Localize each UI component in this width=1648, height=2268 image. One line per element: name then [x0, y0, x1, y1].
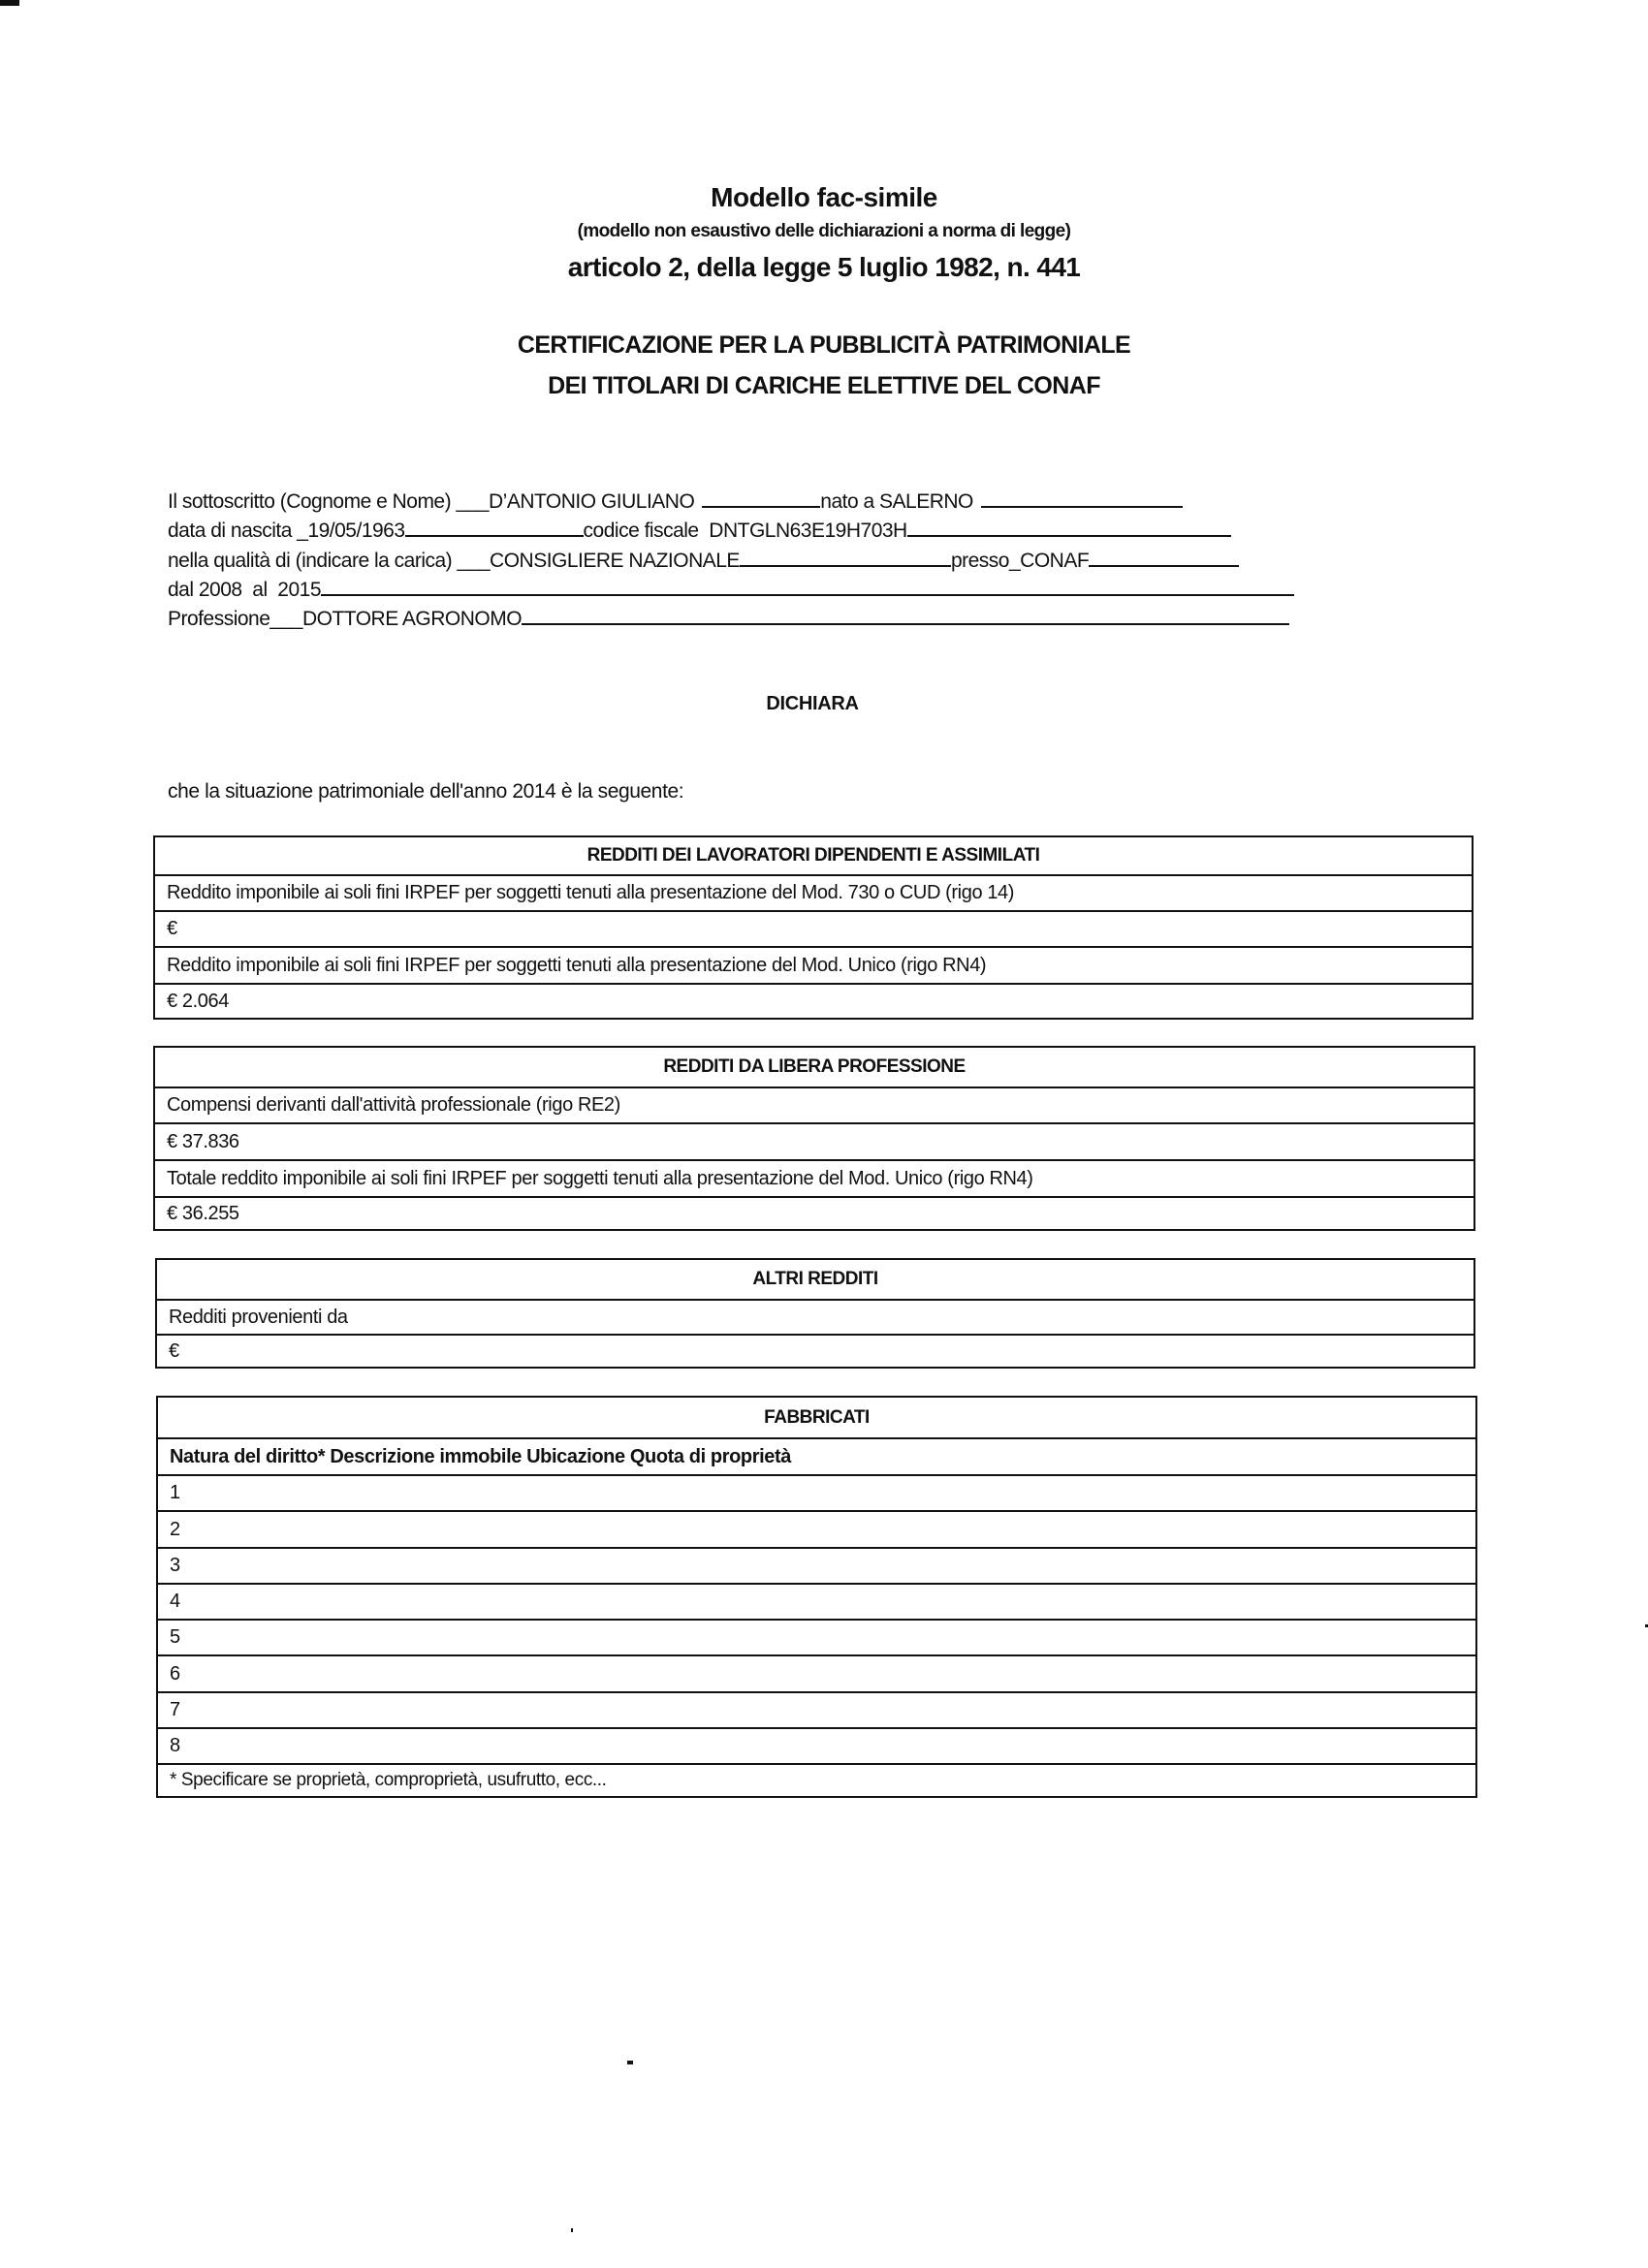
underline	[702, 506, 820, 508]
table-row: 8	[158, 1727, 1475, 1763]
table-row: € 2.064	[155, 983, 1472, 1018]
profession-value: DOTTORE AGRONOMO	[302, 608, 522, 631]
underline	[405, 535, 584, 537]
declarant-profession-line: Professione___ DOTTORE AGRONOMO	[168, 602, 1289, 631]
org-value: CONAF	[1020, 550, 1089, 573]
declaration-heading: DICHIARA	[0, 693, 1625, 715]
period-from-label: dal	[168, 579, 194, 602]
other-income-table: ALTRI REDDITI Redditi provenienti da €	[155, 1258, 1475, 1369]
certification-title-line2: DEI TITOLARI DI CARICHE ELETTIVE DEL CON…	[0, 372, 1648, 400]
table-title: REDDITI DEI LAVORATORI DIPENDENTI E ASSI…	[155, 837, 1472, 874]
scan-artifact	[571, 2228, 573, 2232]
table-row: €	[155, 910, 1472, 946]
tax-code-label: codice fiscale	[584, 520, 699, 543]
scan-artifact	[0, 0, 19, 6]
table-row: 3	[158, 1547, 1475, 1583]
document-subtitle: (modello non esaustivo delle dichiarazio…	[0, 221, 1648, 242]
table-row: 5	[158, 1619, 1475, 1654]
document-title: Modello fac-simile	[0, 182, 1648, 213]
birthdate-label: data di nascita _	[168, 520, 307, 543]
table-title: FABBRICATI	[158, 1398, 1475, 1437]
period-from: 2008	[199, 579, 242, 602]
declarant-role-line: nella qualità di (indicare la carica) __…	[168, 544, 1239, 573]
table-title: REDDITI DA LIBERA PROFESSIONE	[155, 1048, 1474, 1087]
table-row: 7	[158, 1691, 1475, 1727]
tax-code-value: DNTGLN63E19H703H	[709, 520, 906, 543]
name-label: Il sottoscritto (Cognome e Nome) ___	[168, 490, 489, 514]
underline	[321, 594, 1294, 596]
table-row: 6	[158, 1654, 1475, 1691]
declarant-birth-line: data di nascita _ 19/05/1963 codice fisc…	[168, 514, 1231, 543]
table-row: 2	[158, 1510, 1475, 1547]
period-to-label: al	[252, 579, 267, 602]
table-row: € 37.836	[155, 1122, 1474, 1159]
declaration-intro: che la situazione patrimoniale dell'anno…	[168, 780, 683, 803]
underline	[907, 535, 1231, 537]
birthplace-value: SALERNO	[879, 490, 973, 514]
birthdate-value: 19/05/1963	[307, 520, 404, 543]
role-label: nella qualità di (indicare la carica) __…	[168, 550, 490, 573]
table-row: Reddito imponibile ai soli fini IRPEF pe…	[155, 874, 1472, 910]
underline	[740, 565, 951, 567]
birthplace-label: nato a	[820, 490, 873, 514]
table-title: ALTRI REDDITI	[157, 1260, 1474, 1299]
table-row: €	[157, 1334, 1474, 1367]
underline	[981, 506, 1183, 508]
employee-income-table: REDDITI DEI LAVORATORI DIPENDENTI E ASSI…	[153, 835, 1474, 1020]
footnote: * Specificare se proprietà, comproprietà…	[158, 1763, 1475, 1796]
table-row: 4	[158, 1583, 1475, 1619]
table-row: Reddito imponibile ai soli fini IRPEF pe…	[155, 946, 1472, 983]
role-value: CONSIGLIERE NAZIONALE	[490, 550, 740, 573]
declarant-name-line: Il sottoscritto (Cognome e Nome) ___ D’A…	[168, 485, 1183, 514]
declarant-period-line: dal 2008 al 2015	[168, 573, 1294, 602]
underline	[1089, 565, 1239, 567]
table-row: € 36.255	[155, 1196, 1474, 1229]
scan-artifact	[627, 2061, 633, 2064]
table-row: Compensi derivanti dall'attività profess…	[155, 1087, 1474, 1122]
table-row: 1	[158, 1474, 1475, 1510]
profession-label: Professione___	[168, 608, 302, 631]
period-to: 2015	[277, 579, 321, 602]
name-value: D’ANTONIO GIULIANO	[489, 490, 694, 514]
professional-income-table: REDDITI DA LIBERA PROFESSIONE Compensi d…	[153, 1046, 1475, 1231]
buildings-table: FABBRICATI Natura del diritto* Descrizio…	[156, 1396, 1477, 1798]
law-reference: articolo 2, della legge 5 luglio 1982, n…	[0, 252, 1648, 283]
org-label: presso_	[951, 550, 1020, 573]
column-header: Natura del diritto* Descrizione immobile…	[158, 1437, 1475, 1474]
table-row: Totale reddito imponibile ai soli fini I…	[155, 1159, 1474, 1196]
table-row: Redditi provenienti da	[157, 1299, 1474, 1334]
certification-title-line1: CERTIFICAZIONE PER LA PUBBLICITÀ PATRIMO…	[0, 331, 1648, 360]
underline	[522, 623, 1289, 625]
